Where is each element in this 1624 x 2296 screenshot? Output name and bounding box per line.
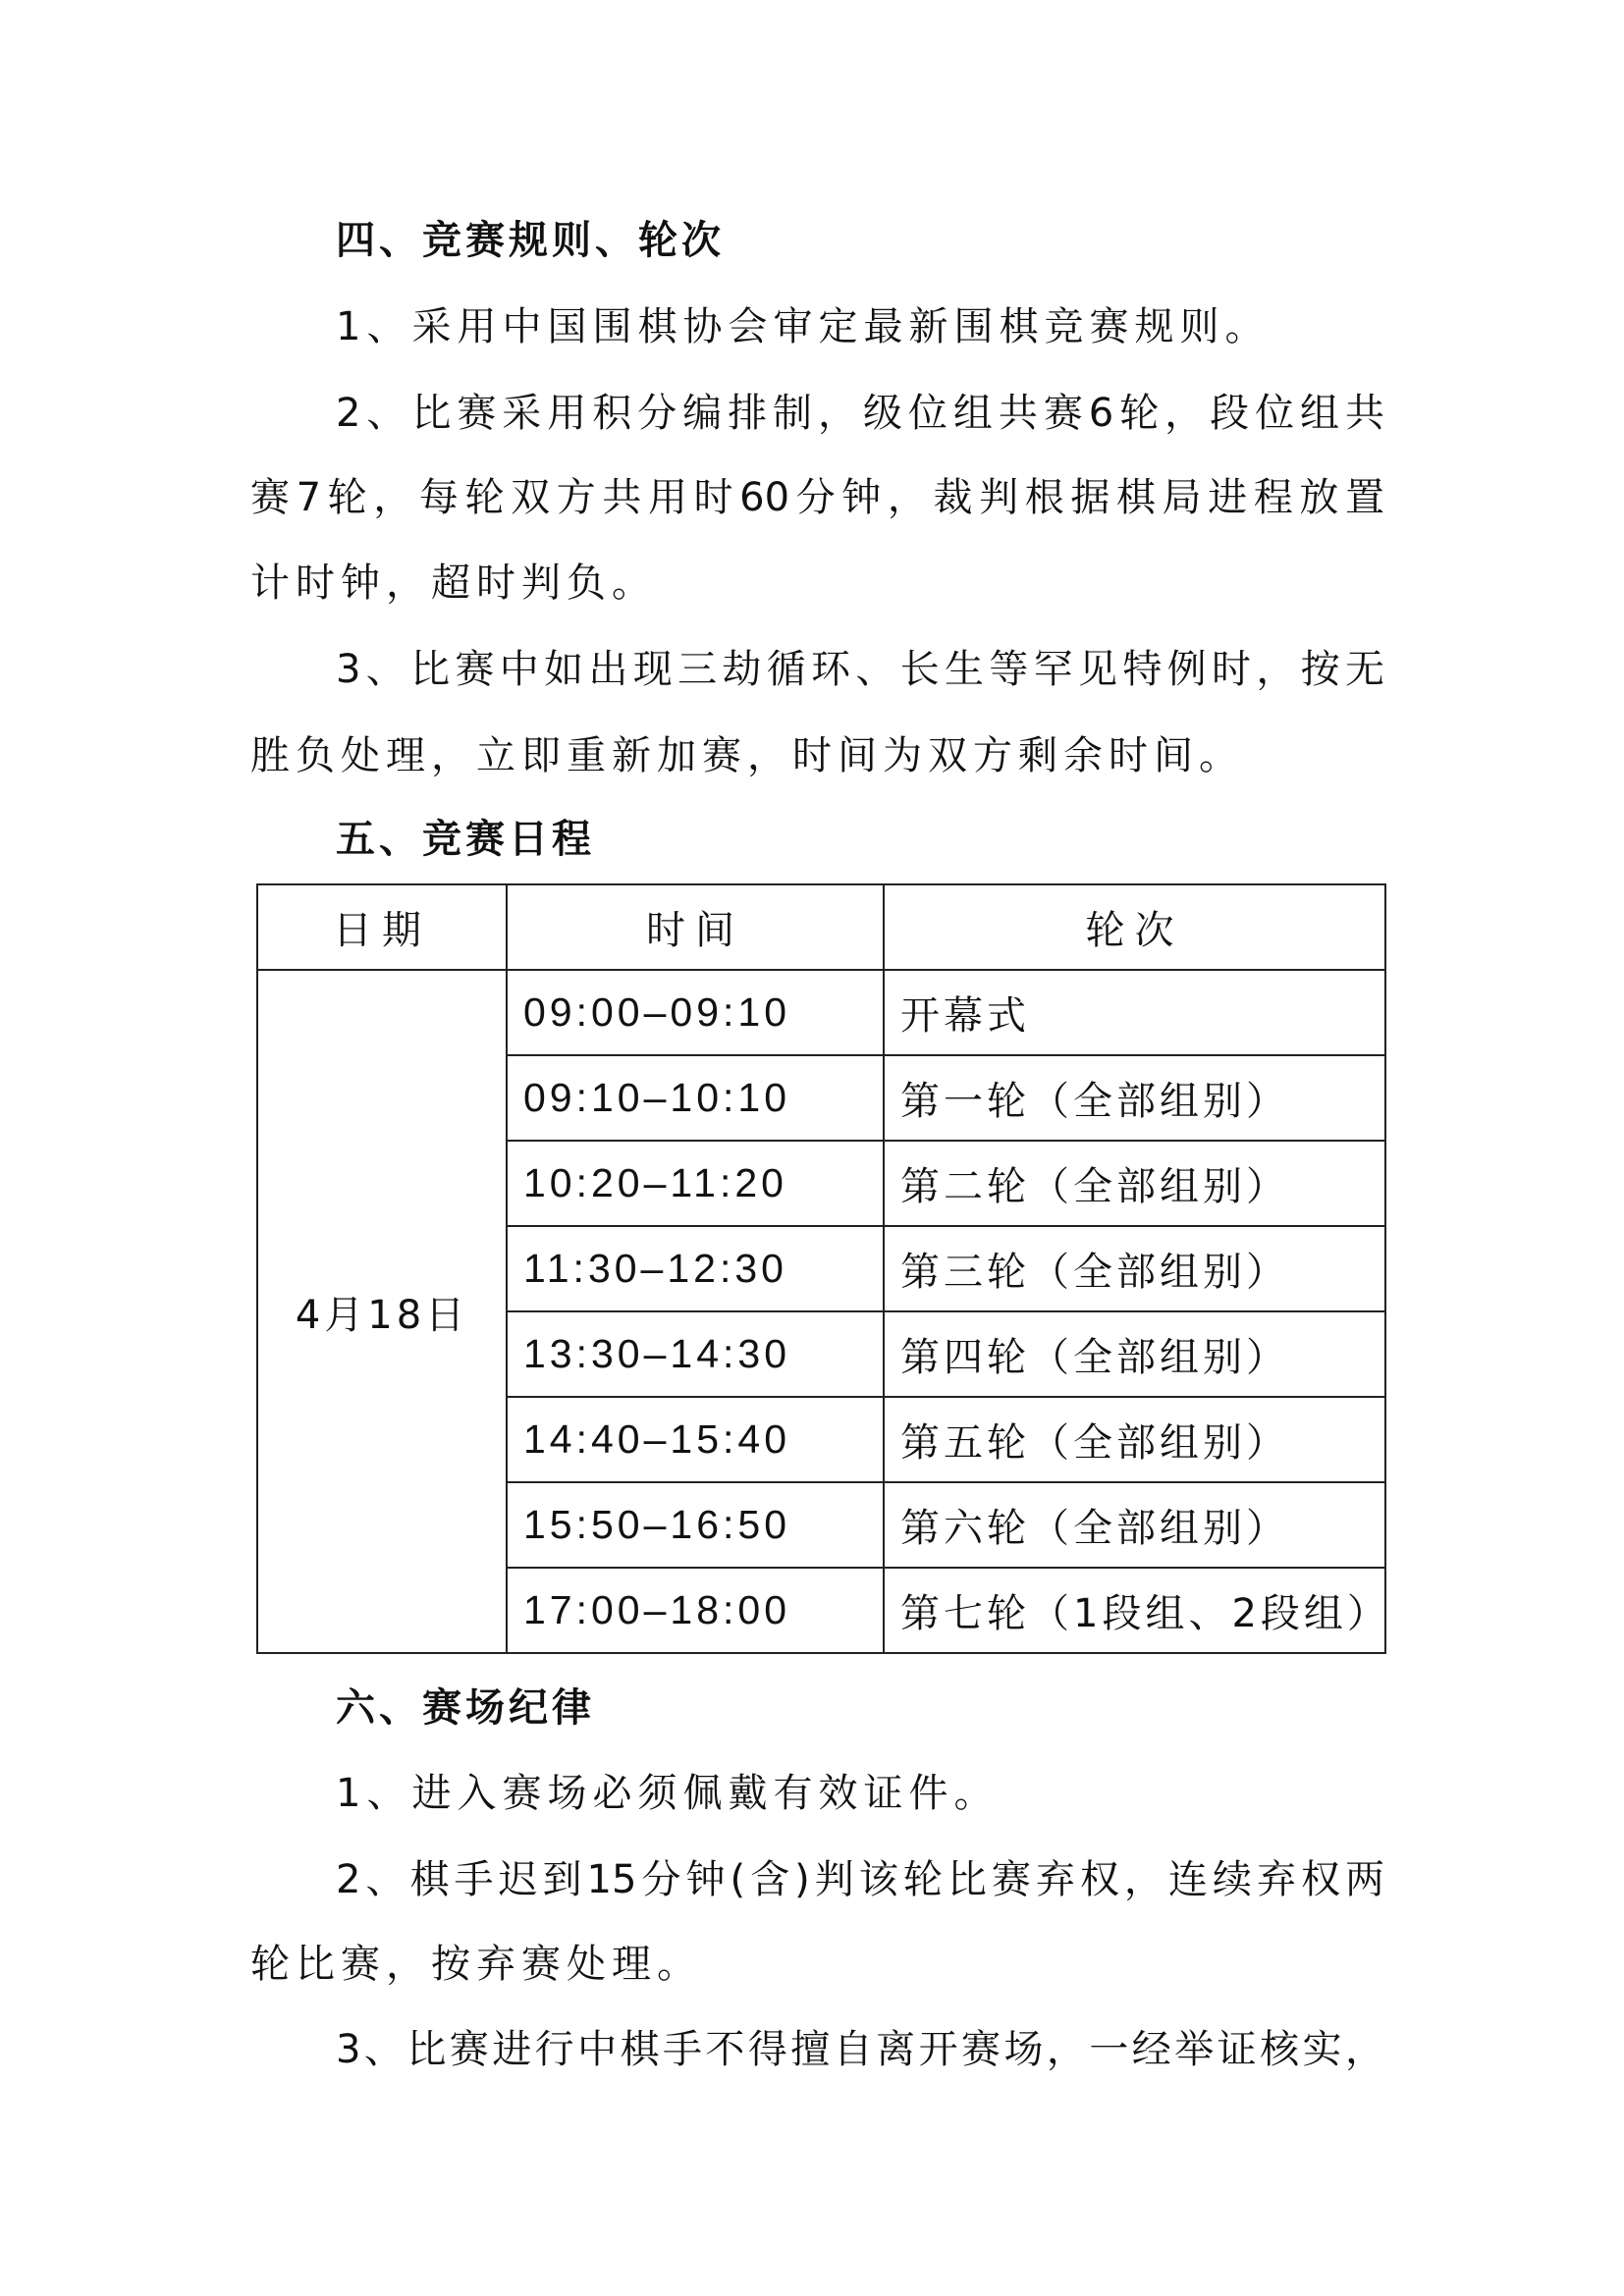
header-date: 日期: [257, 884, 507, 970]
time-cell: 11:30–12:30: [507, 1226, 884, 1311]
round-cell: 第四轮（全部组别）: [884, 1311, 1385, 1397]
section-6-item-2-line-2: 轮比赛，按弃赛处理。: [250, 1921, 1384, 2007]
section-6-heading: 六、赛场纪律: [336, 1665, 1384, 1751]
time-cell: 14:40–15:40: [507, 1397, 884, 1482]
round-cell: 第二轮（全部组别）: [884, 1141, 1385, 1226]
table-row: 4月18日 09:00–09:10 开幕式: [257, 970, 1385, 1055]
header-time: 时间: [507, 884, 884, 970]
header-round: 轮次: [884, 884, 1385, 970]
schedule-table: 日期 时间 轮次 4月18日 09:00–09:10 开幕式 09:10–10:…: [256, 883, 1386, 1654]
section-6-item-2-line-1: 2、棋手迟到15分钟(含)判该轮比赛弃权，连续弃权两: [336, 1837, 1384, 1923]
time-cell: 10:20–11:20: [507, 1141, 884, 1226]
section-4-item-3-line-2: 胜负处理，立即重新加赛，时间为双方剩余时间。: [250, 713, 1384, 799]
time-cell: 09:00–09:10: [507, 970, 884, 1055]
section-6-item-1: 1、进入赛场必须佩戴有效证件。: [336, 1750, 1384, 1837]
round-cell: 第五轮（全部组别）: [884, 1397, 1385, 1482]
section-4-item-1: 1、采用中国围棋协会审定最新围棋竞赛规则。: [336, 284, 1384, 370]
section-4-item-2-line-3: 计时钟，超时判负。: [250, 540, 1384, 626]
round-cell: 第七轮（1段组、2段组）: [884, 1568, 1385, 1653]
round-cell: 开幕式: [884, 970, 1385, 1055]
section-4-item-2-line-1: 2、比赛采用积分编排制，级位组共赛6轮，段位组共: [336, 370, 1384, 456]
time-cell: 09:10–10:10: [507, 1055, 884, 1141]
time-cell: 17:00–18:00: [507, 1568, 884, 1653]
round-cell: 第六轮（全部组别）: [884, 1482, 1385, 1568]
section-6-item-3-line-1: 3、比赛进行中棋手不得擅自离开赛场，一经举证核实，: [336, 2006, 1384, 2093]
section-4-heading: 四、竞赛规则、轮次: [336, 197, 1384, 284]
table-header-row: 日期 时间 轮次: [257, 884, 1385, 970]
time-cell: 15:50–16:50: [507, 1482, 884, 1568]
round-cell: 第三轮（全部组别）: [884, 1226, 1385, 1311]
section-4-item-3-line-1: 3、比赛中如出现三劫循环、长生等罕见特例时，按无: [336, 626, 1384, 713]
section-5-heading: 五、竞赛日程: [336, 796, 1384, 882]
time-cell: 13:30–14:30: [507, 1311, 884, 1397]
round-cell: 第一轮（全部组别）: [884, 1055, 1385, 1141]
section-4-item-2-line-2: 赛7轮，每轮双方共用时60分钟，裁判根据棋局进程放置: [250, 454, 1384, 541]
date-cell: 4月18日: [257, 970, 507, 1653]
